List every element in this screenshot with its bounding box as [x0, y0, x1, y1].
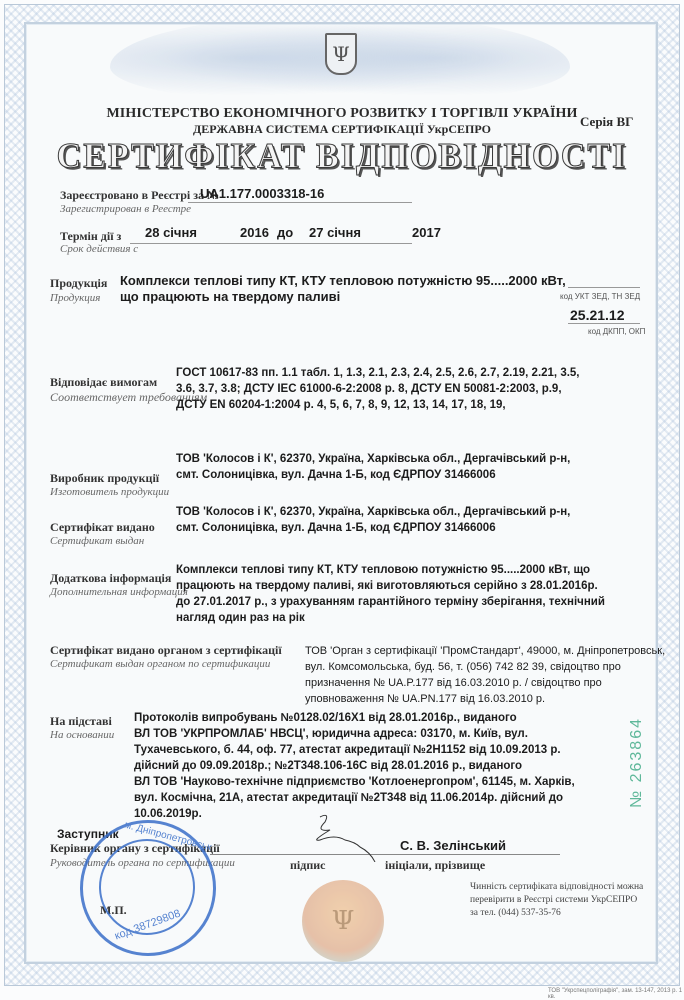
validity-from-date: 28 січня: [145, 225, 197, 241]
manufacturer-line-1: ТОВ 'Колосов і К', 62370, Україна, Харкі…: [176, 452, 570, 468]
basis-line-3: Тухачевського, б. 44, оф. 77, атестат ак…: [134, 743, 561, 759]
validity-label-ru: Срок действия с: [60, 243, 138, 255]
requirements-line-1: ГОСТ 10617-83 пп. 1.1 табл. 1, 1.3, 2.1,…: [176, 366, 580, 382]
dkpp-code-label: код ДКПП, ОКП: [588, 327, 645, 336]
hologram-emblem-icon: Ψ: [302, 880, 384, 962]
series-label: Серія: [580, 114, 613, 129]
cert-body-line-4: уповноваження № UA.PN.177 від 16.03.2010…: [305, 692, 545, 708]
validity-underline: [130, 243, 412, 244]
verify-line-3: за тел. (044) 537-35-76: [470, 908, 561, 918]
validity-to-date: 27 січня: [309, 225, 361, 241]
additional-info-label-ru: Дополнительная информация: [50, 586, 188, 598]
registry-number: UA1.177.0003318-16: [200, 186, 324, 202]
signer-name: С. В. Зелінський: [400, 838, 506, 854]
additional-info-line-3: до 27.01.2017 р., з урахуванням гарантій…: [176, 595, 605, 611]
basis-label-ru: На основании: [50, 729, 114, 741]
issued-to-label: Сертифікат видано: [50, 520, 155, 535]
dkpp-code-underline: [568, 323, 640, 324]
handwritten-signature: [300, 812, 400, 862]
coat-of-arms-icon: Ψ: [325, 33, 357, 75]
cert-body-line-3: призначення № UA.P.177 від 16.03.2010 р.…: [305, 676, 602, 692]
verify-line-1: Чинність сертифіката відповідності можна: [470, 882, 643, 892]
series: Серія ВГ: [580, 114, 633, 130]
manufacturer-label: Виробник продукції: [50, 471, 159, 486]
basis-line-4: дійсний до 09.09.2018р.; №2Т348.106-16С …: [134, 759, 522, 775]
issued-to-label-ru: Сертификат выдан: [50, 535, 144, 547]
validity-from-year: 2016: [240, 225, 269, 241]
requirements-line-2: 3.6, 3.7, 3.8; ДСТУ IEC 61000-6-2:2008 р…: [176, 382, 562, 398]
additional-info-line-4: нагляд один раз на рік: [176, 611, 305, 627]
manufacturer-label-ru: Изготовитель продукции: [50, 486, 169, 498]
basis-line-1: Протоколів випробувань №0128.02/16Х1 від…: [134, 711, 517, 727]
product-label-ru: Продукция: [50, 292, 100, 304]
cert-body-label: Сертифікат видано органом з сертифікації: [50, 643, 282, 658]
basis-line-5: ВЛ ТОВ 'Науково-технічне підприємство 'К…: [134, 775, 575, 791]
manufacturer-line-2: смт. Солоницівка, вул. Дачна 1-Б, код ЄД…: [176, 468, 496, 484]
basis-line-6: вул. Космічна, 21А, атестат акредитації …: [134, 791, 563, 807]
cert-body-line-1: ТОВ 'Орган з сертифікації 'ПромСтандарт'…: [305, 644, 665, 660]
cert-body-label-ru: Сертификат выдан органом по сертификации: [50, 658, 270, 670]
verify-line-2: перевірити в Реєстрі системи УкрСЕПРО: [470, 895, 637, 905]
registry-underline: [188, 202, 412, 203]
validity-to-year: 2017: [412, 225, 441, 241]
dkpp-code-value: 25.21.12: [570, 307, 625, 323]
ukt-code-underline: [568, 287, 640, 288]
additional-info-line-1: Комплекси теплові типу КТ, КТУ тепловою …: [176, 563, 590, 579]
validity-to-label: до: [277, 225, 293, 241]
registry-label: Зареєстровано в Реєстрі за №: [60, 188, 219, 203]
cert-body-line-2: вул. Комсомольська, буд. 56, т. (056) 74…: [305, 660, 621, 676]
official-stamp: м. Дніпропетровськ код 38729808: [80, 820, 216, 956]
requirements-label: Відповідає вимогам: [50, 375, 157, 390]
product-label: Продукція: [50, 276, 107, 291]
additional-info-label: Додаткова інформація: [50, 571, 171, 586]
certificate-title: СЕРТИФІКАТ ВІДПОВІДНОСТІ: [0, 137, 684, 177]
product-line-1: Комплекси теплові типу КТ, КТУ тепловою …: [120, 273, 566, 289]
basis-label: На підставі: [50, 714, 112, 729]
requirements-line-3: ДСТУ EN 60204-1:2004 р. 4, 5, 6, 7, 8, 9…: [176, 398, 506, 414]
issued-to-line-2: смт. Солоницівка, вул. Дачна 1-Б, код ЄД…: [176, 521, 496, 537]
additional-info-line-2: працюють на твердому паливі, які виготов…: [176, 579, 598, 595]
issued-to-line-1: ТОВ 'Колосов і К', 62370, Україна, Харкі…: [176, 505, 570, 521]
basis-line-2: ВЛ ТОВ 'УКРПРОМЛАБ' НВСЦ', юридична адре…: [134, 727, 528, 743]
ukt-code-label: код УКТ ЗЕД, ТН ЗЕД: [560, 292, 640, 301]
registry-label-ru: Зарегистрирован в Реестре: [60, 203, 191, 215]
series-value: ВГ: [616, 114, 633, 129]
signer-name-caption: ініціали, прізвище: [385, 858, 485, 873]
printer-info: ТОВ "Укрспецполіграфія", зам. 13-147, 20…: [548, 988, 684, 1000]
product-line-2: що працюють на твердому паливі: [120, 289, 340, 305]
validity-label: Термін дії з: [60, 229, 121, 244]
serial-number: № 263864: [628, 717, 646, 808]
